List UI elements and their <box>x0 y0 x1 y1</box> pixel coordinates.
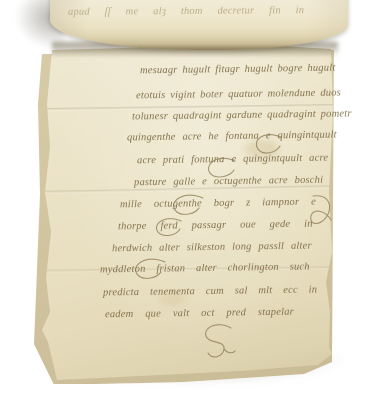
verso-header-line: apud ſſ me alȝ thom decretur fin in <box>68 5 304 18</box>
manuscript-photo: mesuagr hugult fitagr hugult bogre hugul… <box>0 0 379 400</box>
